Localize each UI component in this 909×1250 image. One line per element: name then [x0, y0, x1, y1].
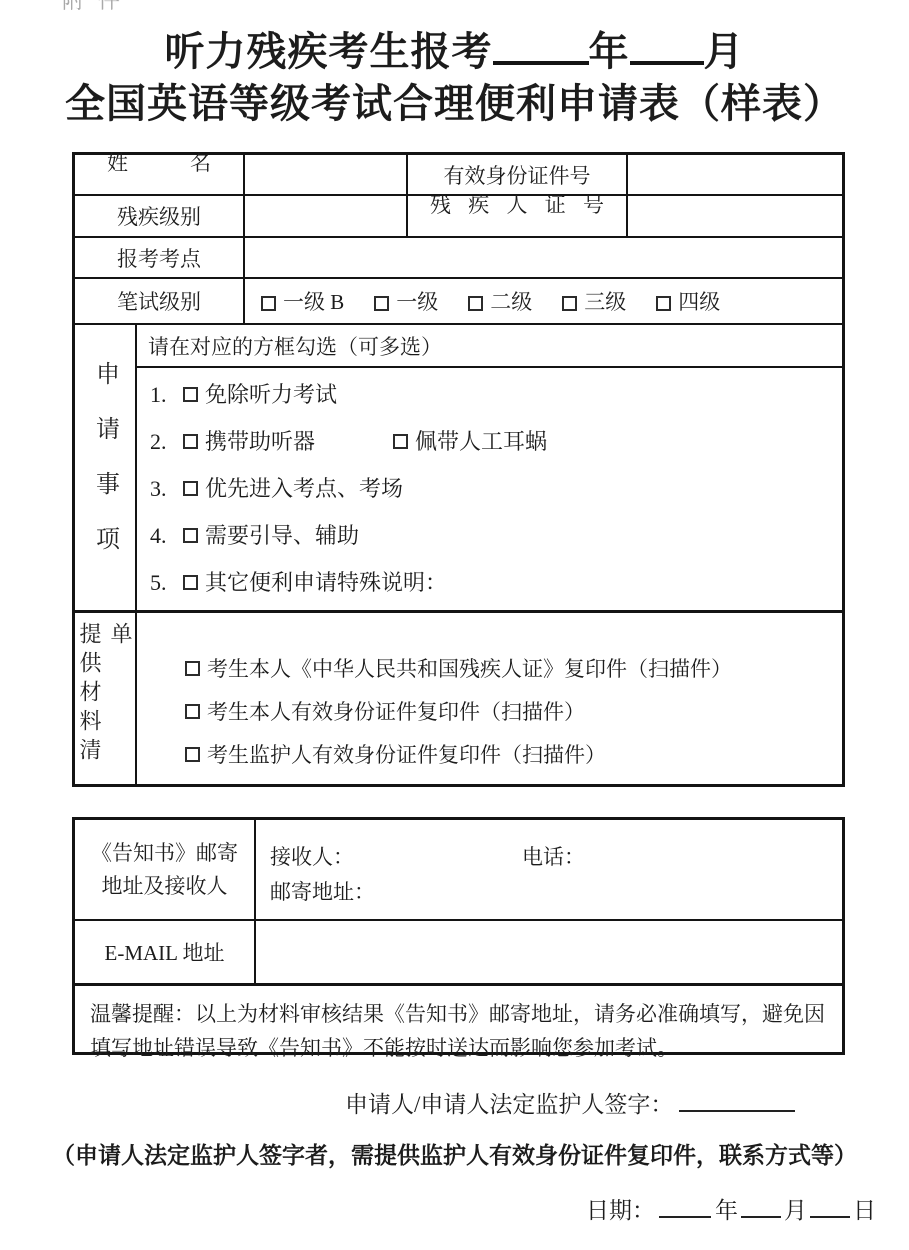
apply-item-1: 1. 免除听力考试 — [150, 381, 842, 408]
mail-address-label-cell: 《告知书》邮寄 地址及接收人 — [75, 820, 256, 921]
level-2-checkbox[interactable] — [468, 296, 483, 311]
phone-label: 电话： — [522, 840, 585, 875]
postal-address-line: 邮寄地址： — [270, 875, 828, 910]
test-site-label: 报考考点 — [117, 243, 201, 273]
disability-cert-input-cell[interactable] — [628, 196, 842, 238]
row-test-site: 报考考点 — [75, 238, 842, 279]
email-label-cell: E-MAIL 地址 — [75, 921, 256, 986]
level-option-label: 三级 — [584, 290, 626, 314]
title-year-char: 年 — [589, 29, 630, 74]
level-option: 三级 — [562, 286, 626, 316]
apply-section-body: 请在对应的方框勾选（可多选） 1. 免除听力考试 2. 携带助听器 佩带人工耳蜗… — [137, 325, 842, 610]
apply-item-3: 3. 优先进入考点、考场 — [150, 475, 842, 502]
corner-fragment-clip: 附件 — [0, 0, 240, 12]
mail-address-label-line2: 地址及接收人 — [102, 870, 228, 903]
material-item-label: 考生本人《中华人民共和国残疾人证》复印件（扫描件） — [207, 653, 732, 683]
apply-item-label: 优先进入考点、考场 — [205, 475, 403, 502]
corner-fragment-text: 附件 — [62, 0, 134, 12]
row-notice: 温馨提醒：以上为材料审核结果《告知书》邮寄地址，请务必准确填写，避免因填写地址错… — [75, 986, 842, 1052]
level-option: 二级 — [468, 286, 532, 316]
email-input-cell[interactable] — [256, 921, 842, 986]
apply-item-number: 3. — [150, 475, 183, 502]
form-title-line1: 听力残疾考生报考年月 — [0, 20, 909, 77]
apply-item-1-checkbox[interactable] — [183, 387, 198, 402]
materials-section-vertical-label: 提供材料清单 — [74, 613, 136, 784]
material-item-1: 考生本人《中华人民共和国残疾人证》复印件（扫描件） — [185, 653, 842, 683]
apply-section: 申请事项 请在对应的方框勾选（可多选） 1. 免除听力考试 2. 携带助听器 佩… — [75, 325, 842, 613]
signature-line: 申请人/申请人法定监护人签字： — [345, 1086, 795, 1119]
mail-address-input-cell[interactable]: 接收人： 电话： 邮寄地址： — [256, 820, 842, 921]
date-line: 日期：年月日 — [586, 1192, 876, 1225]
written-level-label-cell: 笔试级别 — [75, 279, 245, 325]
date-day-char: 日 — [853, 1198, 876, 1223]
form-title-line2: 全国英语等级考试合理便利申请表（样表） — [0, 72, 909, 129]
material-item-label: 考生本人有效身份证件复印件（扫描件） — [207, 696, 585, 726]
name-input-cell[interactable] — [245, 155, 408, 196]
test-site-input-cell[interactable] — [245, 238, 842, 279]
apply-item-2b-checkbox[interactable] — [393, 434, 408, 449]
apply-section-vertical-label: 申请事项 — [88, 325, 123, 610]
row-email: E-MAIL 地址 — [75, 921, 842, 986]
level-option-label: 一级 B — [283, 290, 344, 314]
apply-item-number: 4. — [150, 522, 183, 549]
guardian-note: （申请人法定监护人签字者，需提供监护人有效身份证件复印件，联系方式等） — [0, 1137, 909, 1170]
material-1-checkbox[interactable] — [185, 661, 200, 676]
written-level-label: 笔试级别 — [117, 286, 201, 316]
date-year-blank[interactable] — [659, 1196, 711, 1218]
date-month-char: 月 — [784, 1198, 807, 1223]
disability-level-input-cell[interactable] — [245, 196, 408, 238]
receiver-line: 接收人： 电话： — [270, 840, 828, 875]
apply-item-label: 其它便利申请特殊说明： — [205, 569, 447, 596]
materials-section-vertical-label-cell: 提供材料清单 — [75, 613, 137, 784]
material-item-label: 考生监护人有效身份证件复印件（扫描件） — [207, 739, 606, 769]
disability-level-label: 残疾级别 — [117, 201, 201, 231]
level-1b-checkbox[interactable] — [261, 296, 276, 311]
level-3-checkbox[interactable] — [562, 296, 577, 311]
date-day-blank[interactable] — [810, 1196, 850, 1218]
apply-item-4: 4. 需要引导、辅助 — [150, 522, 842, 549]
main-form-table: 姓名 有效身份证件号 残疾级别 残疾人证号 报考考点 笔试级别 一级 B 一级 … — [72, 152, 845, 787]
apply-hint: 请在对应的方框勾选（可多选） — [148, 331, 442, 361]
apply-hint-row: 请在对应的方框勾选（可多选） — [137, 325, 842, 368]
row-disability: 残疾级别 残疾人证号 — [75, 196, 842, 238]
material-item-2: 考生本人有效身份证件复印件（扫描件） — [185, 696, 842, 726]
apply-item-label: 免除听力考试 — [205, 381, 337, 408]
name-label-cell: 姓名 — [75, 155, 245, 196]
level-option: 四级 — [656, 286, 720, 316]
level-option: 一级 B — [261, 286, 344, 316]
disability-cert-label: 残疾人证号 — [408, 189, 626, 244]
date-label: 日期： — [586, 1198, 655, 1223]
material-2-checkbox[interactable] — [185, 704, 200, 719]
apply-item-number: 5. — [150, 569, 183, 596]
notice-text: 温馨提醒：以上为材料审核结果《告知书》邮寄地址，请务必准确填写，避免因填写地址错… — [75, 986, 842, 1052]
apply-item-number: 1. — [150, 381, 183, 408]
title-year-blank — [493, 24, 589, 65]
apply-item-4-checkbox[interactable] — [183, 528, 198, 543]
level-4-checkbox[interactable] — [656, 296, 671, 311]
level-option-label: 二级 — [490, 290, 532, 314]
name-label: 姓名 — [75, 147, 243, 202]
apply-section-vertical-label-cell: 申请事项 — [75, 325, 137, 610]
id-number-label: 有效身份证件号 — [444, 160, 591, 190]
date-month-blank[interactable] — [741, 1196, 781, 1218]
material-3-checkbox[interactable] — [185, 747, 200, 762]
apply-item-5-checkbox[interactable] — [183, 575, 198, 590]
apply-item-2: 2. 携带助听器 佩带人工耳蜗 — [150, 428, 842, 455]
signature-blank[interactable] — [679, 1090, 795, 1112]
disability-level-label-cell: 残疾级别 — [75, 196, 245, 238]
title-month-blank — [630, 24, 704, 65]
row-mail-address: 《告知书》邮寄 地址及接收人 接收人： 电话： 邮寄地址： — [75, 820, 842, 921]
signature-label: 申请人/申请人法定监护人签字： — [345, 1092, 673, 1117]
title-month-char: 月 — [704, 29, 745, 74]
materials-section: 提供材料清单 考生本人《中华人民共和国残疾人证》复印件（扫描件） 考生本人有效身… — [75, 613, 842, 784]
apply-item-number: 2. — [150, 428, 183, 455]
mail-address-label-line1: 《告知书》邮寄 — [91, 837, 238, 870]
id-number-input-cell[interactable] — [628, 155, 842, 196]
apply-item-label: 佩带人工耳蜗 — [415, 428, 547, 455]
test-site-label-cell: 报考考点 — [75, 238, 245, 279]
written-level-options-cell: 一级 B 一级 二级 三级 四级 — [245, 279, 842, 325]
email-label: E-MAIL 地址 — [105, 937, 225, 967]
material-item-3: 考生监护人有效身份证件复印件（扫描件） — [185, 739, 842, 769]
level-option-label: 四级 — [678, 290, 720, 314]
date-year-char: 年 — [715, 1198, 738, 1223]
level-option-label: 一级 — [396, 290, 438, 314]
mail-info-table: 《告知书》邮寄 地址及接收人 接收人： 电话： 邮寄地址： E-MAIL 地址 … — [72, 817, 845, 1055]
disability-cert-label-cell: 残疾人证号 — [408, 196, 628, 238]
title-line1-prefix: 听力残疾考生报考 — [165, 29, 493, 74]
receiver-label: 接收人： — [270, 845, 354, 869]
postal-address-label: 邮寄地址： — [270, 880, 375, 904]
apply-item-5: 5. 其它便利申请特殊说明： — [150, 569, 842, 596]
materials-list: 考生本人《中华人民共和国残疾人证》复印件（扫描件） 考生本人有效身份证件复印件（… — [137, 613, 842, 784]
apply-item-2a-checkbox[interactable] — [183, 434, 198, 449]
apply-item-label: 需要引导、辅助 — [205, 522, 359, 549]
apply-item-label: 携带助听器 — [205, 428, 315, 455]
level-option: 一级 — [374, 286, 438, 316]
apply-item-3-checkbox[interactable] — [183, 481, 198, 496]
apply-items-list: 1. 免除听力考试 2. 携带助听器 佩带人工耳蜗 3. 优先进入考点、考场 — [137, 368, 842, 610]
row-written-level: 笔试级别 一级 B 一级 二级 三级 四级 — [75, 279, 842, 325]
level-1-checkbox[interactable] — [374, 296, 389, 311]
